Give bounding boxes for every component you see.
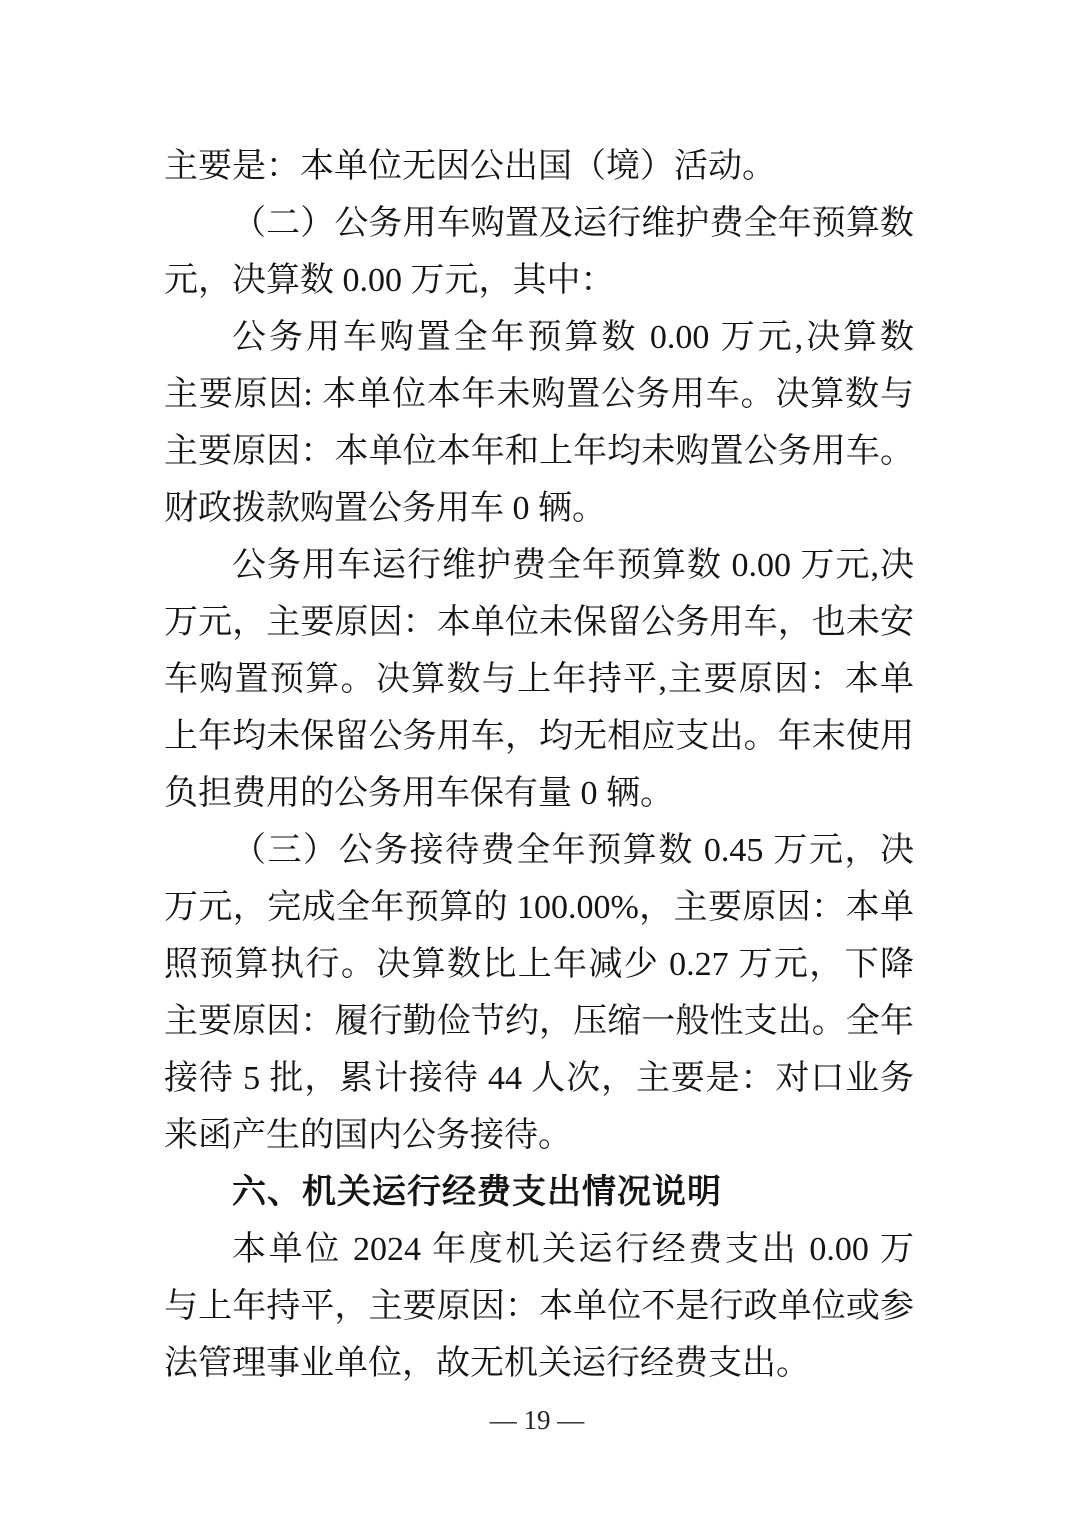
text-line: （二）公务用车购置及运行维护费全年预算数 0.00 万 [164,195,914,252]
document-page: 主要是：本单位无因公出国（境）活动。 （二）公务用车购置及运行维护费全年预算数 … [0,0,1074,1520]
text-line: 照预算执行。决算数比上年减少 0.27 万元，下降 38.09%, [164,936,914,993]
text-line: 上年均未保留公务用车，均无相应支出。年末使用财政拨款 [164,708,914,765]
text-line: 财政拨款购置公务用车 0 辆。 [164,480,914,537]
page-number: — 19 — [0,1400,1074,1440]
text-line: 来函产生的国内公务接待。 [164,1107,914,1164]
text-line: 元，决算数 0.00 万元，其中： [164,252,914,309]
text-line: 公务用车运行维护费全年预算数 0.00 万元,决算数 0.00 [164,537,914,594]
text-line: 与上年持平，主要原因：本单位不是行政单位或参照公务员 [164,1278,914,1335]
text-line: 公务用车购置全年预算数 0.00 万元,决算数 0.00 万元, [164,309,914,366]
text-line: 本单位 2024 年度机关运行经费支出 0.00 万元，决算数 [164,1221,914,1278]
text-line: 主要原因: 本单位本年未购置公务用车。决算数与上年持平, [164,366,914,423]
text-line: 法管理事业单位，故无机关运行经费支出。 [164,1335,914,1392]
section-heading: 六、机关运行经费支出情况说明 [164,1164,914,1221]
text-line: 负担费用的公务用车保有量 0 辆。 [164,765,914,822]
document-body: 主要是：本单位无因公出国（境）活动。 （二）公务用车购置及运行维护费全年预算数 … [164,138,914,1392]
text-line: 主要是：本单位无因公出国（境）活动。 [164,138,914,195]
text-line: 主要原因：本单位本年和上年均未购置公务用车。全年使用 [164,423,914,480]
text-line: 主要原因：履行勤俭节约，压缩一般性支出。全年国内公务 [164,993,914,1050]
text-line: 万元，主要原因：本单位未保留公务用车，也未安排公务用 [164,594,914,651]
text-line: 万元，完成全年预算的 100.00%，主要原因：本单位严格按 [164,879,914,936]
text-line: 车购置预算。决算数与上年持平,主要原因：本单位本年与 [164,651,914,708]
text-line: （三）公务接待费全年预算数 0.45 万元，决算数 0.45 [164,822,914,879]
text-line: 接待 5 批，累计接待 44 人次，主要是：对口业务单位来访 [164,1050,914,1107]
